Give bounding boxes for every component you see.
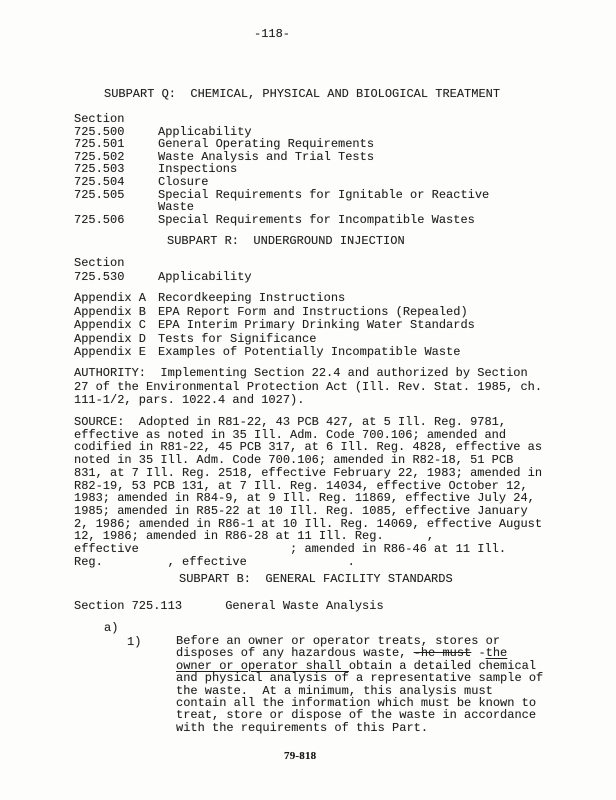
appendix-row: Appendix ARecordkeeping Instructions <box>74 292 475 306</box>
page-number: -118- <box>254 27 290 41</box>
section-label: Section <box>74 113 158 126</box>
toc-row: 725.506Special Requirements for Incompat… <box>74 214 489 227</box>
toc-row: 725.502Waste Analysis and Trial Tests <box>74 151 489 164</box>
toc-row: 725.503Inspections <box>74 163 489 176</box>
subpart-b-heading: SUBPART B: GENERAL FACILITY STANDARDS <box>179 572 453 586</box>
list-item-1-paragraph: Before an owner or operator treats, stor… <box>176 635 556 734</box>
toc-row: 725.530Applicability <box>74 271 252 285</box>
section-code: 725.506 <box>74 214 158 227</box>
authority-paragraph: AUTHORITY: Implementing Section 22.4 and… <box>74 367 542 408</box>
appendix-title: Examples of Potentially Incompatible Was… <box>158 345 460 359</box>
appendix-row: Appendix DTests for Significance <box>74 333 475 347</box>
section-725-113-heading: Section 725.113 General Waste Analysis <box>74 599 384 613</box>
section-title: Applicability <box>158 270 252 284</box>
section-title: Special Requirements for Incompatible Wa… <box>158 213 475 227</box>
list-item-1-label: 1) <box>127 635 141 649</box>
source-line: Reg. , effective . <box>74 556 542 569</box>
section-label: Section <box>74 257 158 271</box>
list-item-a-label: a) <box>104 621 118 635</box>
source-line: 1985; amended in R85-22 at 10 Ill. Reg. … <box>74 505 542 518</box>
section-code: 725.501 <box>74 138 158 151</box>
authority-line: 27 of the Environmental Protection Act (… <box>74 381 542 395</box>
source-line: 831, at 7 Ill. Reg. 2518, effective Febr… <box>74 467 542 480</box>
appendix-code: Appendix C <box>74 319 158 333</box>
subpart-q-toc: Section 725.500Applicability 725.501Gene… <box>74 113 489 226</box>
document-page: -118- SUBPART Q: CHEMICAL, PHYSICAL AND … <box>0 0 616 800</box>
appendix-title: EPA Report Form and Instructions (Repeal… <box>158 305 468 319</box>
authority-line: 111-1/2, pars. 1022.4 and 1027). <box>74 394 542 408</box>
appendix-title: EPA Interim Primary Drinking Water Stand… <box>158 318 475 332</box>
authority-line: AUTHORITY: Implementing Section 22.4 and… <box>74 367 542 381</box>
source-line: SOURCE: Adopted in R81-22, 43 PCB 427, a… <box>74 416 542 429</box>
paragraph-line: treat, store or dispose of the waste in … <box>176 709 556 721</box>
section-code: 725.530 <box>74 271 158 285</box>
section-title: Special Requirements for Ignitable or Re… <box>158 188 489 202</box>
appendix-code: Appendix E <box>74 346 158 360</box>
register-page-stamp: 79-818 <box>284 750 316 762</box>
subpart-r-heading: SUBPART R: UNDERGROUND INJECTION <box>167 234 405 248</box>
section-code: 725.505 <box>74 189 158 202</box>
source-paragraph: SOURCE: Adopted in R81-22, 43 PCB 427, a… <box>74 416 542 568</box>
section-code: 725.504 <box>74 176 158 189</box>
toc-row: 725.505Special Requirements for Ignitabl… <box>74 189 489 202</box>
source-line: noted in 35 Ill. Adm. Code 700.106; amen… <box>74 454 542 467</box>
paragraph-line: and physical analysis of a representativ… <box>176 672 556 684</box>
toc-section-label: Section <box>74 113 489 126</box>
appendix-row: Appendix CEPA Interim Primary Drinking W… <box>74 319 475 333</box>
appendix-title: Recordkeeping Instructions <box>158 291 345 305</box>
subpart-q-heading: SUBPART Q: CHEMICAL, PHYSICAL AND BIOLOG… <box>104 87 500 101</box>
appendix-code: Appendix D <box>74 333 158 347</box>
appendices-list: Appendix ARecordkeeping Instructions App… <box>74 292 475 360</box>
appendix-row: Appendix EExamples of Potentially Incomp… <box>74 346 475 360</box>
appendix-title: Tests for Significance <box>158 332 316 346</box>
subpart-r-toc: Section 725.530Applicability <box>74 257 252 284</box>
appendix-row: Appendix BEPA Report Form and Instructio… <box>74 306 475 320</box>
toc-section-label: Section <box>74 257 252 271</box>
source-line: effective ; amended in R86-46 at 11 Ill. <box>74 543 542 556</box>
appendix-code: Appendix A <box>74 292 158 306</box>
paragraph-line: with the requirements of this Part. <box>176 722 556 734</box>
appendix-code: Appendix B <box>74 306 158 320</box>
